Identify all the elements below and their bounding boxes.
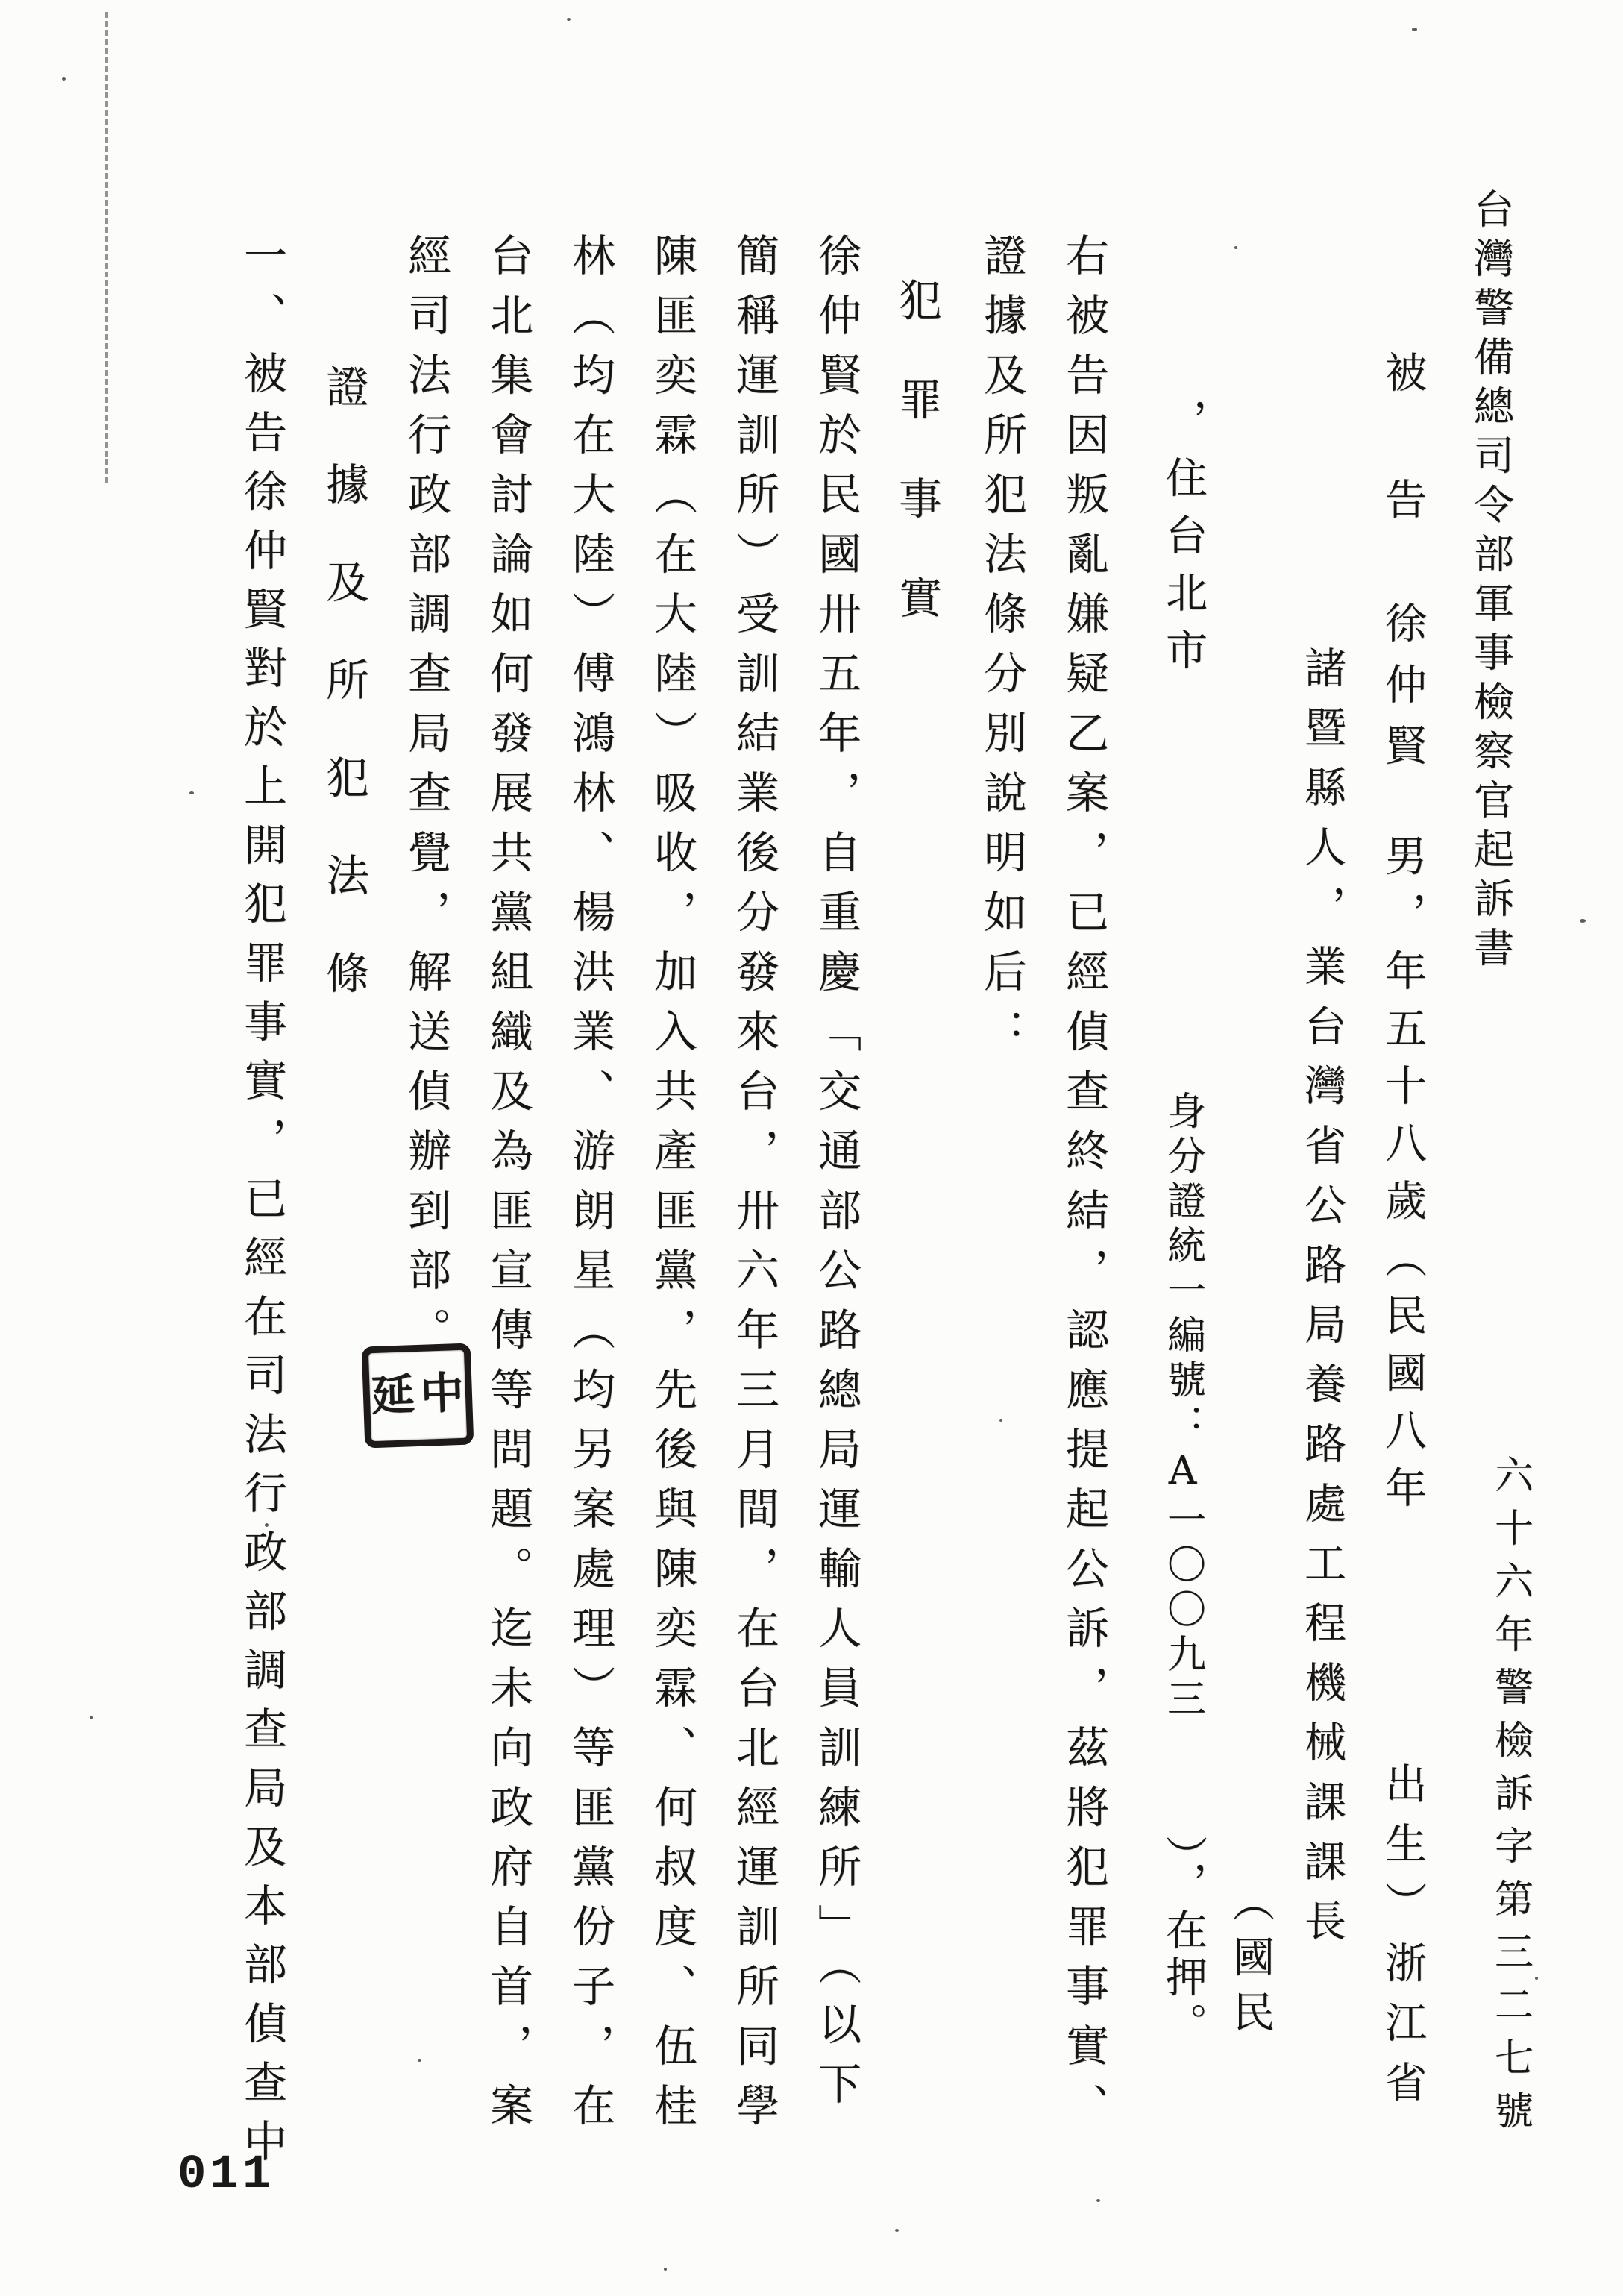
scan-speck-12: [418, 2059, 421, 2062]
occupation-overflow: （國民: [1220, 1880, 1280, 2045]
seal-character-left: 延: [371, 1373, 415, 1417]
body-line-4: 簡稱運訓所）受訓結業後分發來台，卅六年三月間，在台北經運訓所同學: [723, 233, 785, 2142]
scan-speck-6: [265, 1523, 269, 1527]
scan-speck-2: [1580, 919, 1586, 923]
body-line-2: 證據及所犯法條分別說明如后：: [970, 233, 1033, 1068]
case-number: 六十六年警檢訴字第三二七號: [1483, 1455, 1539, 2143]
defendant-info-b: 出生）浙江省: [1372, 1762, 1432, 2120]
body-line-9: 一、被告徐仲賢對於上開犯罪事實，已經在司法行政部調查局及本部偵查中: [230, 233, 293, 2177]
defendant-id-number: 身分證統一編號：A一〇〇九三: [1155, 1091, 1211, 1723]
seal-stamp: 中 延: [362, 1343, 474, 1448]
scan-speck-7: [1535, 1977, 1538, 1980]
body-line-3: 徐仲賢於民國卅五年，自重慶「交通部公路總局運輸人員訓練所」（以下: [805, 233, 867, 2121]
defendant-residence: ，住台北市: [1153, 398, 1213, 686]
defendant-info-a: 男，年五十八歲（民國八年: [1372, 834, 1432, 1523]
body-line-5: 陳匪奕霖（在大陸）吸收，加入共產匪黨，先後與陳奕霖、何叔度、伍桂: [641, 233, 703, 2142]
page-number: 011: [178, 2148, 274, 2202]
body-line-7: 台北集會討論如何發展共黨組織及為匪宣傳等問題。迄未向政府自首，案: [477, 233, 539, 2142]
section-heading-evidence: 證據及所犯法條: [313, 364, 375, 1048]
body-line-1: 右被告因叛亂嫌疑乙案，已經偵查終結，認應提起公訴，茲將犯罪事實、: [1052, 233, 1115, 2142]
document-page: 台灣警備總司令部軍事檢察官起訴書六十六年警檢訴字第三二七號被告徐仲賢男，年五十八…: [0, 0, 1623, 2296]
scan-speck-10: [1234, 246, 1237, 249]
body-line-8: 經司法行政部調查局查覺，解送偵辦到部。: [395, 233, 457, 1367]
scan-speck-8: [895, 2229, 899, 2232]
doc-title: 台灣警備總司令部軍事檢察官起訴書: [1463, 188, 1520, 976]
scan-speck-9: [664, 2268, 667, 2271]
defendant-occupation: 諸暨縣人，業台灣省公路局養路處工程機械課課長: [1292, 646, 1352, 1959]
scan-speck-5: [1096, 2199, 1100, 2202]
scan-speck-4: [189, 791, 194, 794]
scan-speck-11: [90, 1716, 93, 1719]
seal-character-right: 中: [420, 1371, 465, 1416]
section-heading-facts: 犯罪事實: [885, 277, 948, 674]
scan-edge-artifact: [105, 12, 108, 483]
scan-speck-1: [567, 18, 571, 21]
body-line-6: 林（均在大陸）傅鴻林、楊洪業、游朗星（均另案處理）等匪黨份子，在: [559, 233, 621, 2142]
defendant-custody: ），在押。: [1153, 1835, 1213, 2049]
defendant-label: 被告: [1372, 351, 1432, 604]
scan-speck-3: [62, 77, 66, 81]
defendant-name: 徐仲賢: [1372, 601, 1432, 785]
scan-speck-13: [999, 1419, 1002, 1422]
scan-speck-0: [1412, 28, 1417, 31]
